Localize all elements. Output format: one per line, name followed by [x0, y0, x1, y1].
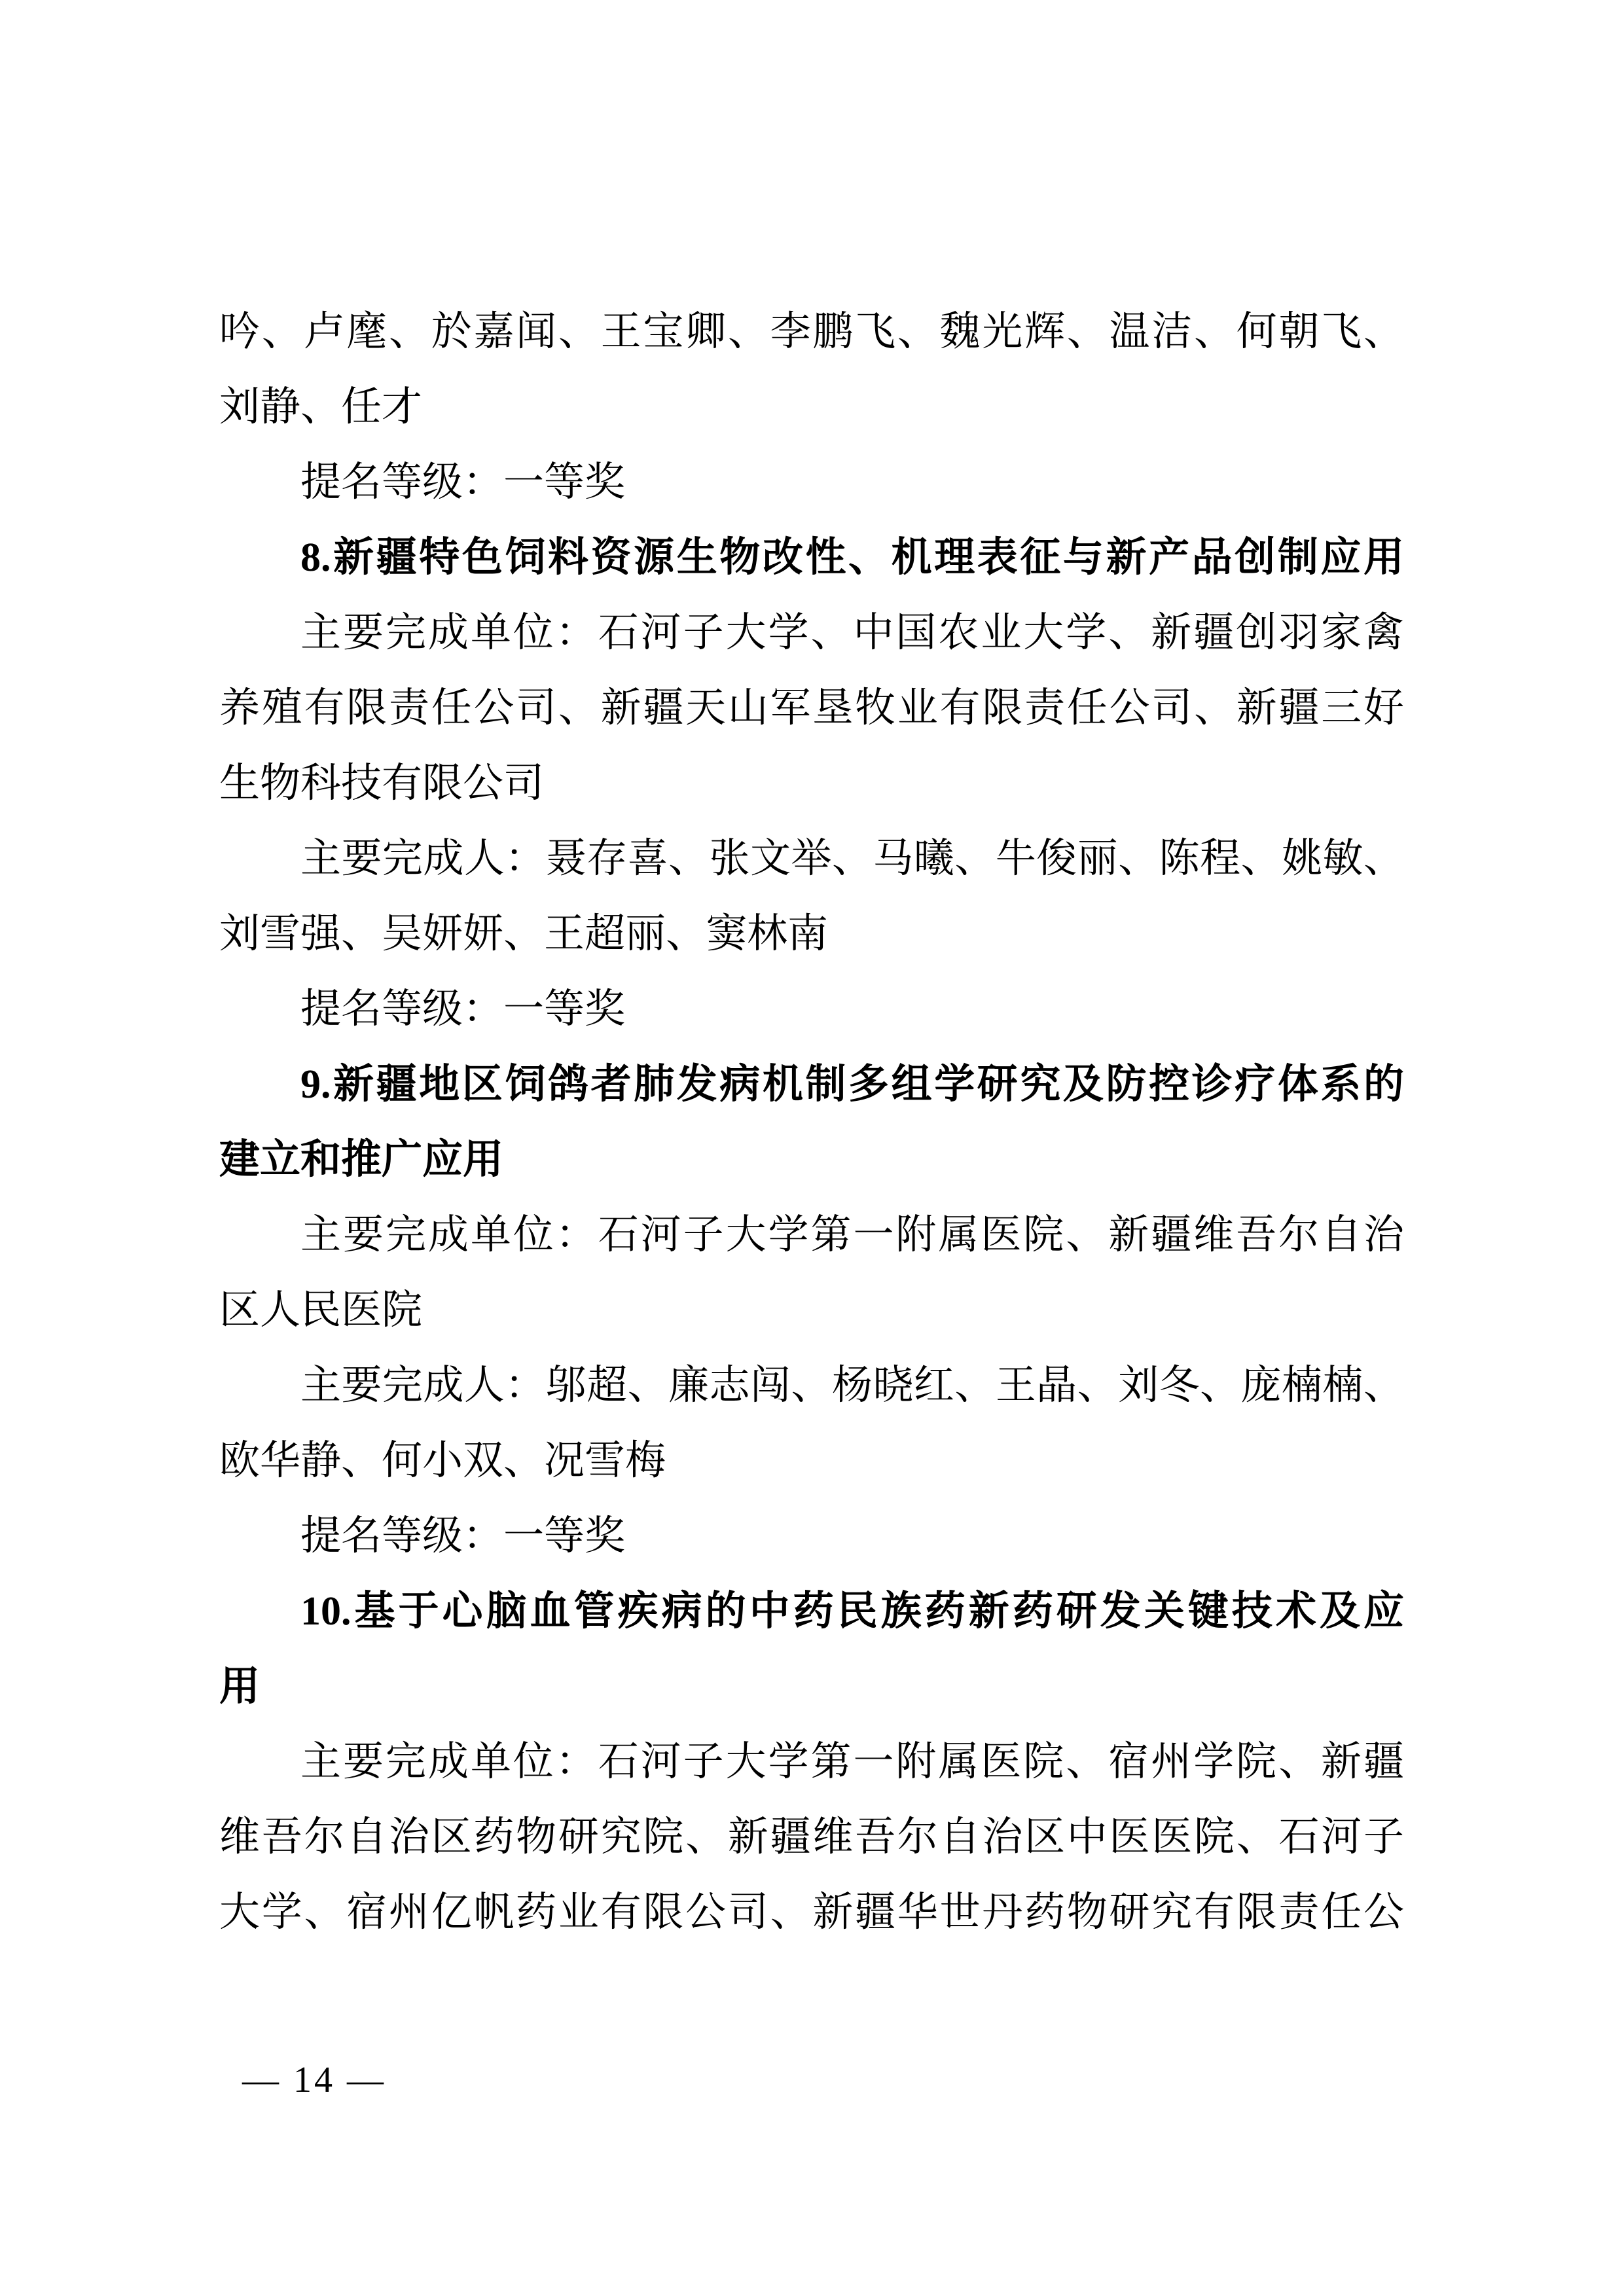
project-9-completers-line-2: 欧华静、何小双、况雪梅 [219, 1424, 1404, 1499]
project-9-title-line-2: 建立和推广应用 [219, 1122, 1404, 1198]
project-10-units-line-3: 大学、宿州亿帆药业有限公司、新疆华世丹药物研究有限责任公 [219, 1875, 1404, 1950]
project-9-units-line-1: 主要完成单位：石河子大学第一附属医院、新疆维吾尔自治 [219, 1198, 1404, 1273]
document-page: 吟、卢麾、於嘉闻、王宝卿、李鹏飞、魏光辉、温洁、何朝飞、 刘静、任才 提名等级：… [0, 0, 1624, 2296]
page-footer: — 14 — [242, 2060, 386, 2100]
project-9-title-line-1: 9.新疆地区饲鸽者肺发病机制多组学研究及防控诊疗体系的 [219, 1047, 1404, 1122]
project-8-units-line-2: 养殖有限责任公司、新疆天山军垦牧业有限责任公司、新疆三好 [219, 671, 1404, 746]
completers-continued-line-2: 刘静、任才 [219, 370, 1404, 445]
award-grade-line-7: 提名等级：一等奖 [219, 445, 1404, 520]
project-9-units-line-2: 区人民医院 [219, 1273, 1404, 1348]
completers-continued-line-1: 吟、卢麾、於嘉闻、王宝卿、李鹏飞、魏光辉、温洁、何朝飞、 [219, 295, 1404, 370]
project-10-units-line-2: 维吾尔自治区药物研究院、新疆维吾尔自治区中医医院、石河子 [219, 1800, 1404, 1875]
project-10-title-line-1: 10.基于心脑血管疾病的中药民族药新药研发关键技术及应 [219, 1574, 1404, 1649]
document-body: 吟、卢麾、於嘉闻、王宝卿、李鹏飞、魏光辉、温洁、何朝飞、 刘静、任才 提名等级：… [219, 295, 1404, 1950]
project-10-units-line-1: 主要完成单位：石河子大学第一附属医院、宿州学院、新疆 [219, 1725, 1404, 1800]
project-8-completers-line-2: 刘雪强、吴妍妍、王超丽、窦林南 [219, 897, 1404, 972]
project-8-completers-line-1: 主要完成人：聂存喜、张文举、马曦、牛俊丽、陈程、姚敏、 [219, 821, 1404, 897]
project-9-completers-line-1: 主要完成人：邬超、廉志闯、杨晓红、王晶、刘冬、庞楠楠、 [219, 1348, 1404, 1424]
award-grade-line-8: 提名等级：一等奖 [219, 972, 1404, 1047]
project-8-units-line-3: 生物科技有限公司 [219, 746, 1404, 821]
project-10-title-line-2: 用 [219, 1649, 1404, 1725]
project-8-title: 8.新疆特色饲料资源生物改性、机理表征与新产品创制应用 [219, 520, 1404, 596]
page-number: — 14 — [242, 2060, 386, 2100]
project-8-units-line-1: 主要完成单位：石河子大学、中国农业大学、新疆创羽家禽 [219, 596, 1404, 671]
award-grade-line-9: 提名等级：一等奖 [219, 1499, 1404, 1574]
